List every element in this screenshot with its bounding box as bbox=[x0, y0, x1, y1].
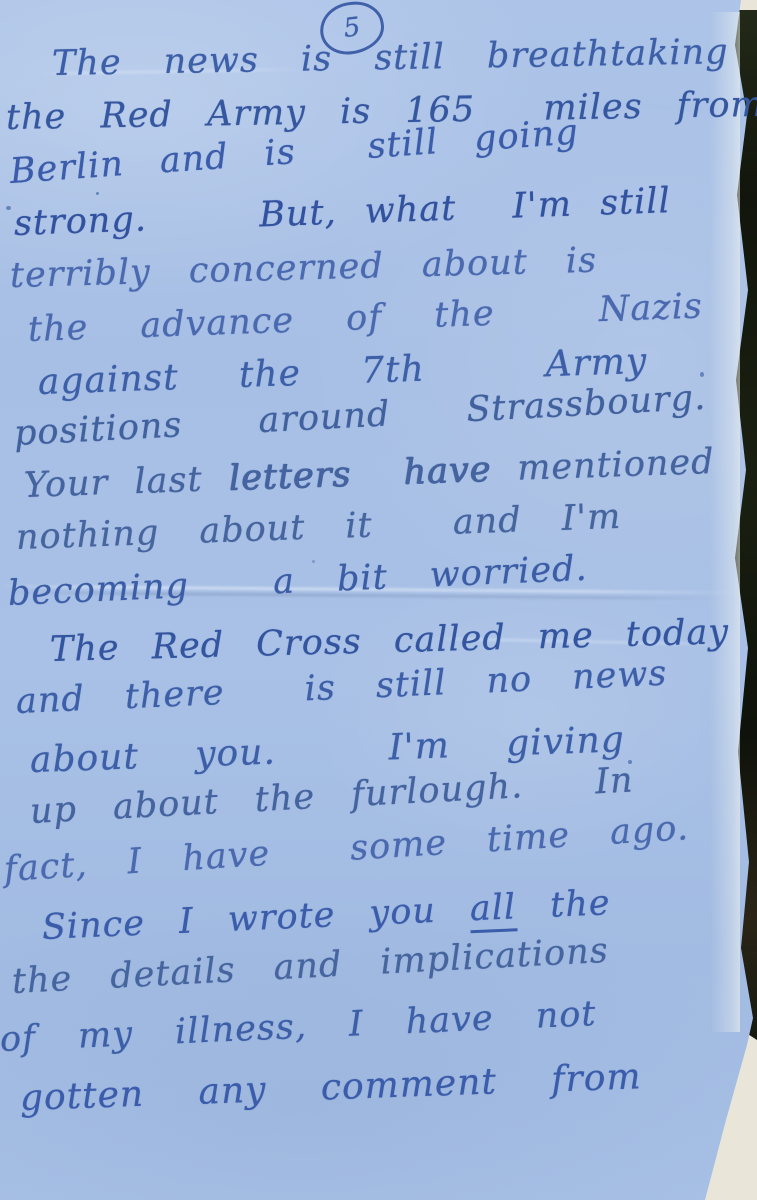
ink-speck bbox=[312, 560, 315, 563]
ink-speck bbox=[628, 760, 632, 764]
line-segment: Your last bbox=[23, 459, 229, 506]
corrected-word: have bbox=[403, 450, 492, 493]
ink-speck bbox=[96, 192, 99, 195]
underlined-word: all bbox=[469, 887, 517, 933]
corrected-word: letters bbox=[228, 455, 352, 499]
line-segment: mentioned bbox=[490, 442, 715, 490]
scanned-letter-page: 5 The news is still breathtaking the Red… bbox=[0, 0, 757, 1200]
ink-speck bbox=[6, 206, 11, 210]
line-segment bbox=[350, 453, 404, 495]
ink-speck bbox=[700, 372, 704, 377]
line-segment: the bbox=[515, 883, 611, 927]
